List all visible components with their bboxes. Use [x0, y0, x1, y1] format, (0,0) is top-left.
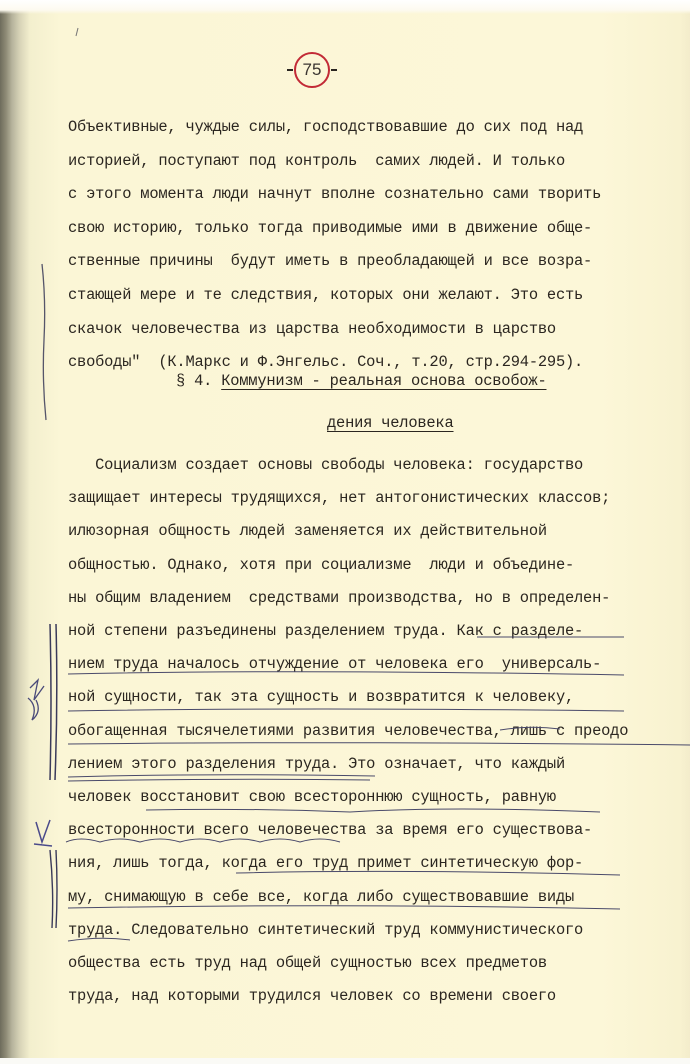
page-number-circle: 75 — [294, 52, 330, 88]
text-line: ны общим владением средствами производст… — [68, 589, 610, 607]
text-line: илюзорная общность людей заменяется их д… — [68, 522, 547, 540]
text-line: обогащенная тысячелетиями развития челов… — [68, 722, 628, 740]
section-title: Коммунизм - реальная основа освобож- — [221, 372, 546, 390]
text-line: труда. Следовательно синтетический труд … — [68, 921, 583, 939]
text-line: лением этого разделения труда. Это означ… — [68, 755, 565, 773]
section-number: § 4. — [176, 372, 221, 390]
page-number: 75 — [287, 50, 337, 90]
text-line: свободы" (К.Маркс и Ф.Энгельс. Соч., т.2… — [68, 353, 583, 371]
text-line: общества есть труд над общей сущностью в… — [68, 954, 547, 972]
text-line: скачок человечества из царства необходим… — [68, 320, 556, 338]
text-line: ния, лишь тогда, когда его труд примет с… — [68, 854, 583, 872]
text-line: труда, над которыми трудился человек со … — [68, 987, 556, 1005]
text-line: свою историю, только тогда приводимые им… — [68, 219, 592, 237]
text-line: ственные причины будут иметь в преоблада… — [68, 252, 592, 270]
text-line: историей, поступают под контроль самих л… — [68, 152, 565, 170]
text-line: стающей мере и те следствия, которых они… — [68, 286, 583, 304]
text-line: ной степени разъединены разделением труд… — [68, 622, 583, 640]
dash-left — [287, 69, 293, 71]
text-line: Объективные, чуждые силы, господствовавш… — [68, 118, 583, 136]
text-line: защищает интересы трудящихся, нет антого… — [68, 489, 610, 507]
section-heading-line-2: дения человека — [327, 414, 454, 432]
section-title-cont: дения человека — [327, 414, 454, 432]
text-line: ной сущности, так эта сущность и возврат… — [68, 688, 574, 706]
text-line: общностью. Однако, хотя при социализме л… — [68, 556, 574, 574]
text-line: человек восстановит свою всестороннюю су… — [68, 788, 556, 806]
text-line: с этого момента люди начнут вполне созна… — [68, 185, 601, 203]
text-line: му, снимающую в себе все, когда либо сущ… — [68, 888, 574, 906]
dash-right — [331, 69, 337, 71]
text-line: нием труда началось отчуждение от челове… — [68, 655, 601, 673]
section-heading-line-1: § 4. Коммунизм - реальная основа освобож… — [176, 372, 546, 390]
text-line: всесторонности всего человечества за вре… — [68, 821, 592, 839]
text-line: Социализм создает основы свободы человек… — [68, 456, 583, 474]
scan-bottom-edge — [0, 1058, 690, 1064]
